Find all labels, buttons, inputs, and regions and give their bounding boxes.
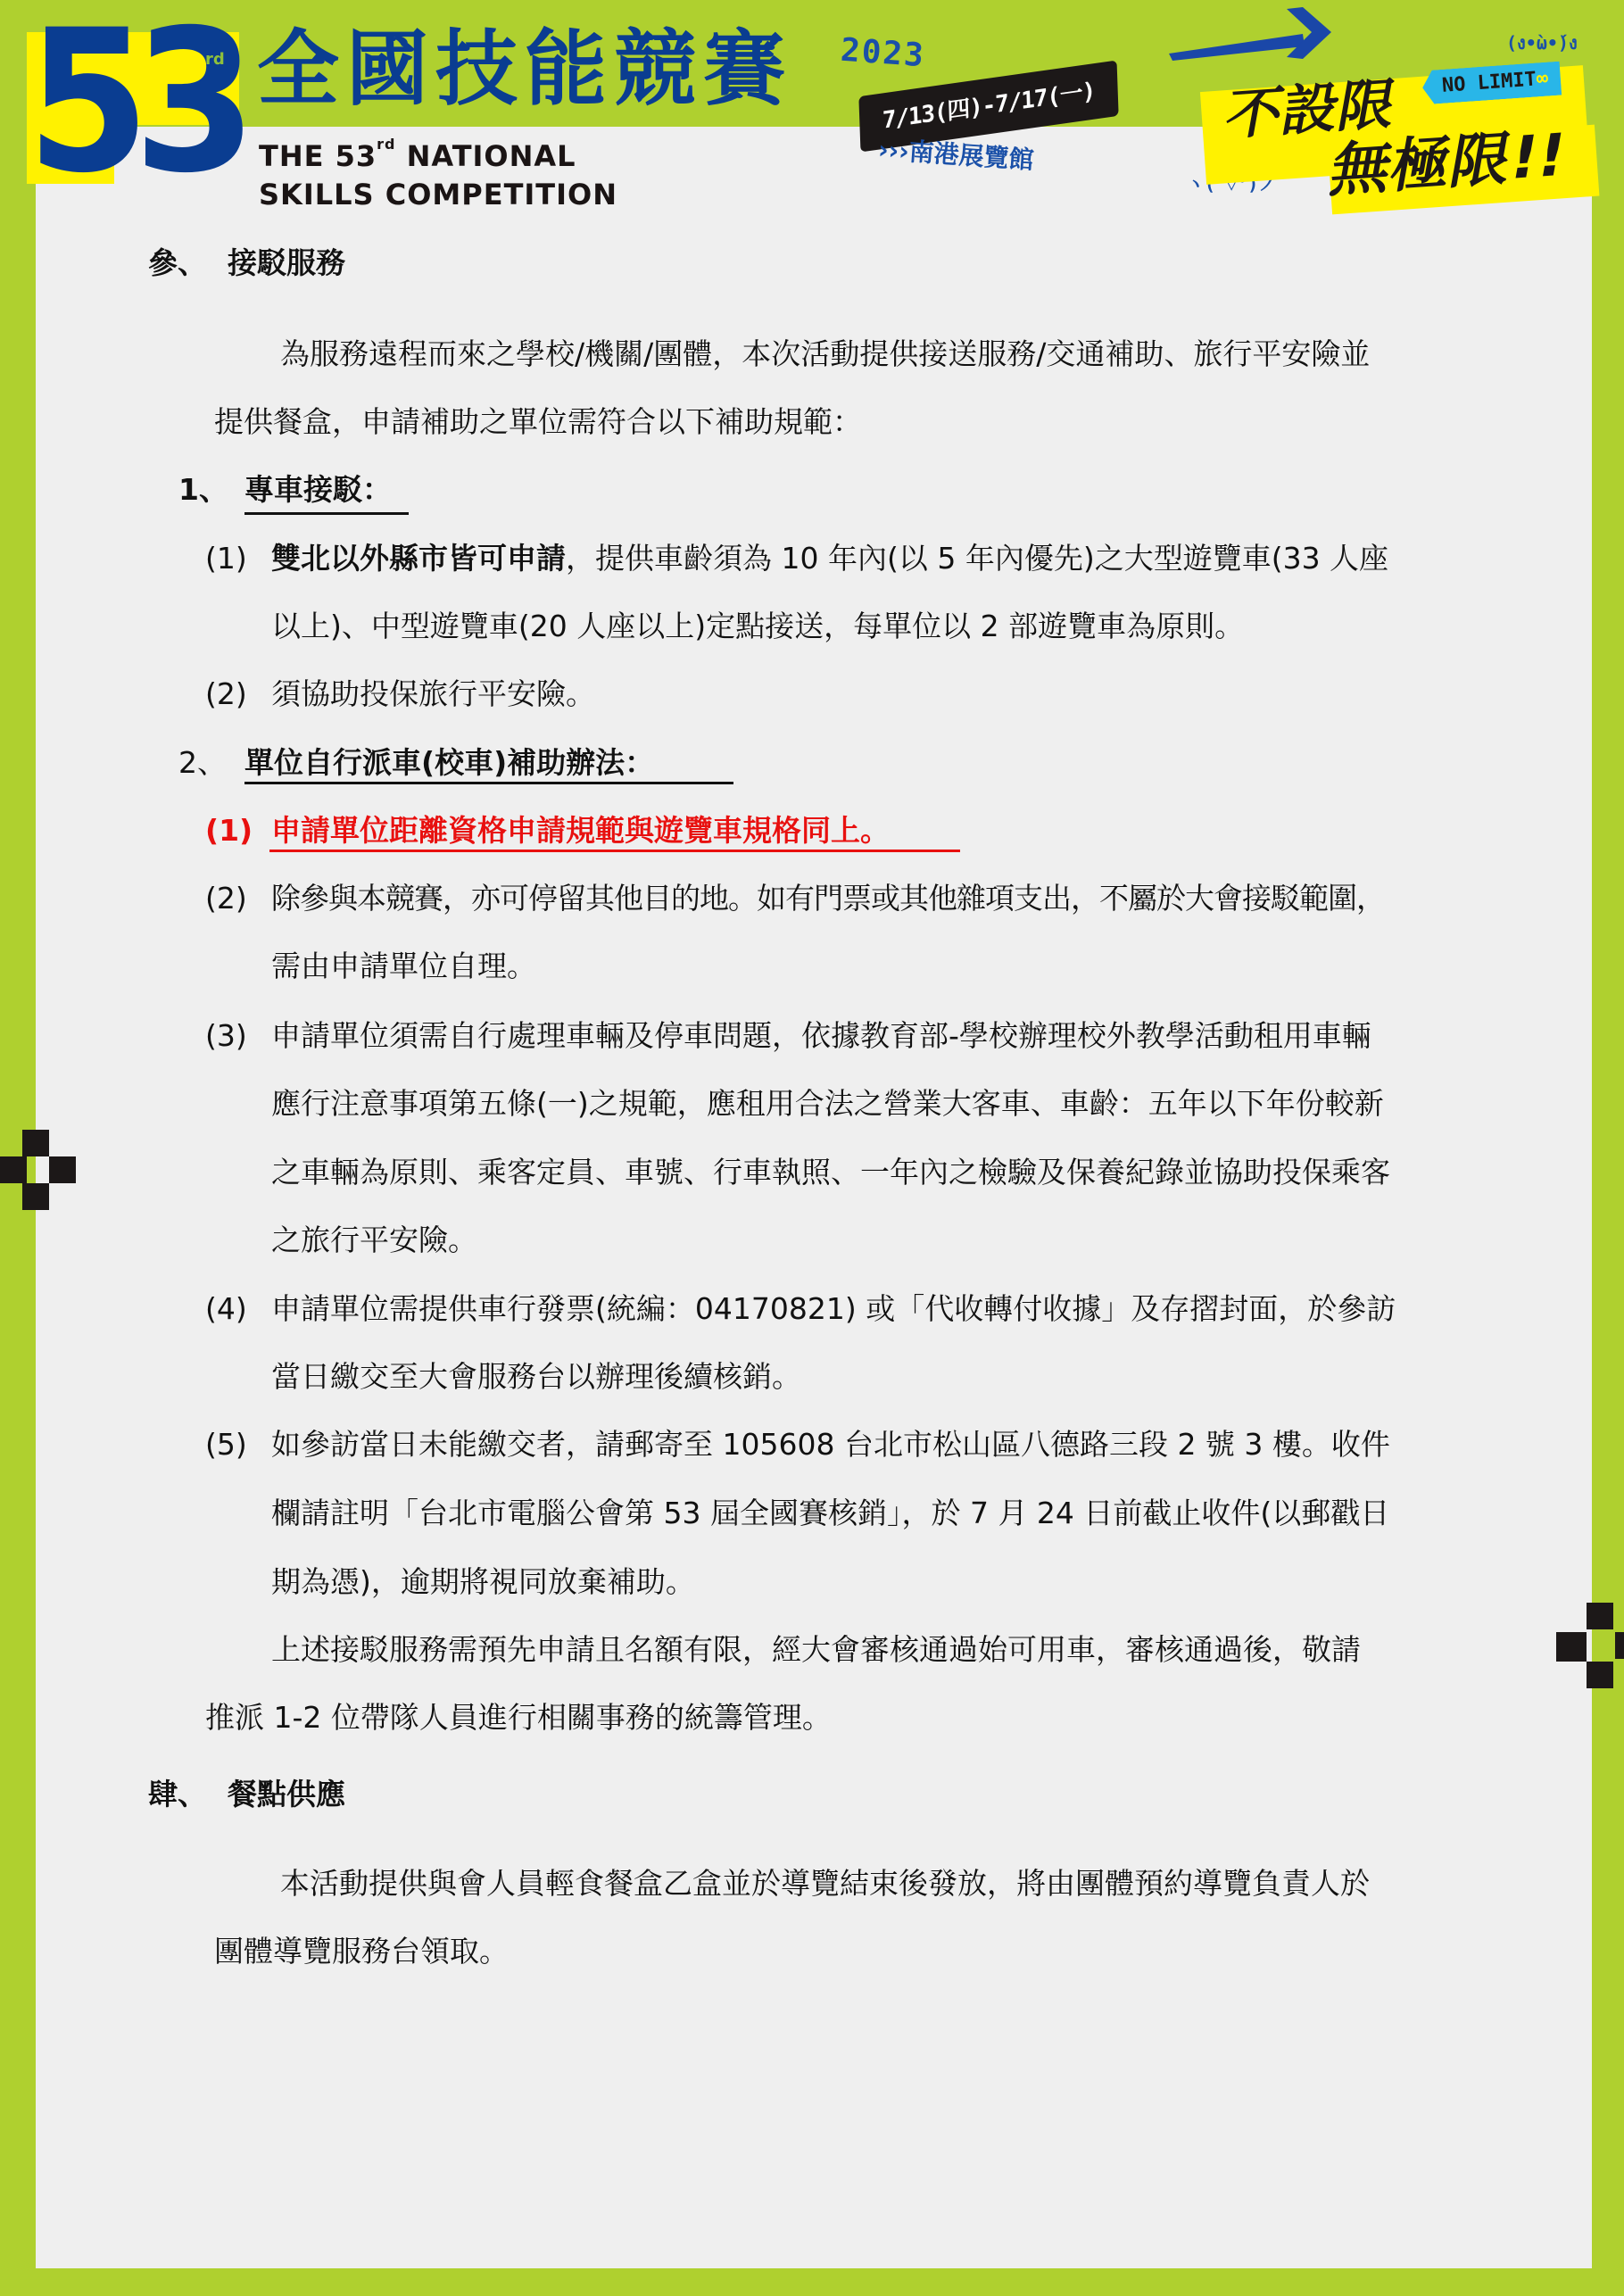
list-marker: (2)	[205, 883, 247, 913]
highlight-underline	[269, 850, 960, 852]
slogan-line1: 不設限	[1222, 77, 1400, 144]
paragraph-line: 本活動提供與會人員輕食餐盒乙盒並於導覽結束後發放，將由團體預約導覽負責人於	[280, 1869, 1370, 1898]
paragraph-line: 為服務遠程而來之學校/機關/團體，本次活動提供接送服務/交通補助、旅行平安險並	[280, 339, 1370, 369]
closing-paragraph-line: 上述接駁服務需預先申請且名額有限，經大會審核通過始可用車，審核通過後，敬請	[271, 1635, 1361, 1664]
list-marker: (2)	[205, 679, 247, 709]
list-item-line: 之車輛為原則、乘客定員、車號、行車執照、一年內之檢驗及保養紀錄並協助投保乘客	[271, 1157, 1390, 1187]
section-number: 參、	[148, 245, 207, 280]
title-chinese: 全國技能競賽	[257, 29, 792, 111]
title-en-line2: SKILLS COMPETITION	[259, 178, 617, 211]
list-marker: (1)	[205, 543, 247, 573]
title-en-part1: THE 53	[259, 139, 377, 173]
no-limit-text: NO LIMIT	[1441, 69, 1537, 97]
list-item-line: 如參訪當日未能繳交者，請郵寄至 105608 台北市松山區八德路三段 2 號 3…	[271, 1430, 1390, 1459]
list-item-line: 當日繳交至大會服務台以辦理後續核銷。	[271, 1362, 801, 1391]
list-item-line: 需由申請單位自理。	[271, 951, 536, 981]
list-marker: (5)	[205, 1430, 247, 1459]
bold-lead: 雙北以外縣市皆可申請	[271, 541, 566, 576]
paragraph-line: 提供餐盒，申請補助之單位需符合以下補助規範：	[214, 407, 862, 436]
subsection-title: 單位自行派車(校車)補助辦法：	[244, 748, 654, 777]
title-underline	[244, 782, 733, 784]
section-heading: 參、 接駁服務	[148, 248, 345, 278]
title-en-part2: NATIONAL	[395, 139, 576, 173]
logo-53rd: 53 rd	[27, 32, 239, 184]
title-en-sup: rd	[377, 136, 395, 153]
section-number: 肆、	[148, 1777, 207, 1811]
checker-cross-left-icon	[0, 1130, 80, 1210]
list-item-line: 雙北以外縣市皆可申請，提供車齡須為 10 年內(以 5 年內優先)之大型遊覽車(…	[271, 543, 1388, 573]
logo-number: 53	[27, 4, 241, 200]
subsection-number: 2、	[178, 748, 227, 777]
event-year: 2023	[840, 35, 926, 73]
section-title: 接駁服務	[228, 245, 345, 280]
list-item-line: 欄請註明「台北市電腦公會第 53 屆全國賽核銷」，於 7 月 24 日前截止收件…	[271, 1498, 1389, 1528]
closing-paragraph-line: 推派 1-2 位帶隊人員進行相關事務的統籌管理。	[205, 1703, 832, 1732]
paragraph-line: 團體導覽服務台領取。	[214, 1936, 509, 1966]
kaomoji-top: (ง•̀ω•́)ง	[1506, 34, 1578, 52]
highlighted-list-item: 申請單位距離資格申請規範與遊覽車規格同上。	[271, 816, 890, 845]
list-item-text: ，提供車齡須為 10 年內(以 5 年內優先)之大型遊覽車(33 人座	[566, 541, 1388, 576]
section-title: 餐點供應	[228, 1777, 345, 1811]
arrow-right-icon	[1169, 7, 1338, 61]
list-item-line: 申請單位須需自行處理車輛及停車問題，依據教育部-學校辦理校外教學活動租用車輛	[271, 1021, 1371, 1050]
checker-cross-right-icon	[1556, 1603, 1624, 1683]
list-marker: (3)	[205, 1021, 247, 1050]
list-marker: (1)	[205, 816, 253, 845]
list-item-line: 期為憑)，逾期將視同放棄補助。	[271, 1567, 695, 1596]
list-item-line: 應行注意事項第五條(一)之規範，應租用合法之營業大客車、車齡：五年以下年份較新	[271, 1089, 1384, 1118]
title-underline	[244, 512, 409, 515]
list-item-line: 除參與本競賽，亦可停留其他目的地。如有門票或其他雜項支出，不屬於大會接駁範圍，	[271, 883, 1385, 913]
subsection-number: 1、	[178, 475, 228, 504]
list-marker: (4)	[205, 1294, 247, 1323]
list-item-line: 申請單位需提供車行發票(統編：04170821) 或「代收轉付收據」及存摺封面，…	[271, 1294, 1396, 1323]
section-heading: 肆、 餐點供應	[148, 1779, 345, 1809]
list-item-line: 之旅行平安險。	[271, 1225, 477, 1255]
logo-suffix: rd	[205, 52, 225, 68]
subsection-title: 專車接駁：	[244, 475, 392, 504]
slogan-line2: 無極限!!	[1326, 126, 1570, 201]
list-item-line: 須協助投保旅行平安險。	[271, 679, 595, 709]
title-english: THE 53rd NATIONAL SKILLS COMPETITION	[259, 137, 617, 214]
infinity-icon: ∞	[1536, 68, 1549, 91]
list-item-line: 以上)、中型遊覽車(20 人座以上)定點接送，每單位以 2 部遊覽車為原則。	[271, 611, 1244, 641]
